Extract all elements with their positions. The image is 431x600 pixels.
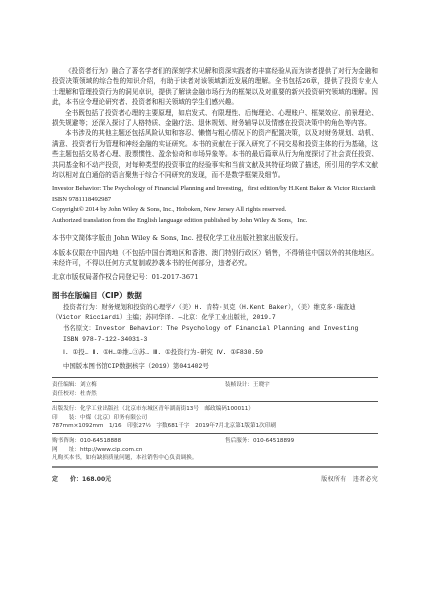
after-sales-hotline: 售后服务：010-64518899 xyxy=(225,437,294,445)
cip-original-title: 书名原文：Investor Behavior：The Psychology of… xyxy=(52,324,378,335)
registration-number: 北京市版权局著作权合同登记号：01-2017-3671 xyxy=(52,272,378,282)
copyright-page: 《投资者行为》融合了著名学者们的深刻学术见解和资深实践者的丰富经验从而为读者提供… xyxy=(52,66,378,483)
copyright-line: Copyright© 2014 by John Wiley & Sons, In… xyxy=(52,205,378,215)
original-edition-line: Investor Behavior: The Psychology of Fin… xyxy=(52,184,378,205)
replacement-notice: 凡购买本书，如有缺损质量问题，本社销售中心负责调换。 xyxy=(52,454,378,462)
responsible-editor: 责任编辑：刘立梅 xyxy=(52,381,225,389)
cip-isbn: ISBN 978-7-122-34031-3 xyxy=(52,335,378,346)
purchase-hotline: 购书咨询：010-64518888 xyxy=(52,437,225,445)
staff-row: 责任编辑：刘立梅 装帧设计：王晓宇 xyxy=(52,381,378,389)
footer-row: 定 价：168.00元 版权所有 违者必究 xyxy=(52,474,378,483)
contact-row: 购书咨询：010-64518888 售后服务：010-64518899 xyxy=(52,437,378,445)
proofreader: 责任校对：杜杏然 xyxy=(52,390,378,398)
intro-paragraph-1: 《投资者行为》融合了著名学者们的深刻学术见解和资深实践者的丰富经验从而为读者提供… xyxy=(52,66,378,108)
publisher-info: 出版发行：化学工业出版社（北京市东城区青年湖南街13号 邮政编码100011） xyxy=(52,405,378,413)
website: 网 址：http://www.cip.com.cn xyxy=(52,446,378,454)
cip-number: 中国版本图书馆CIP数据核字（2019）第041402号 xyxy=(52,362,378,373)
cip-title: 图书在版编目（CIP）数据 xyxy=(52,290,378,301)
price: 定 价：168.00元 xyxy=(52,474,111,483)
intro-paragraph-2: 全书既包括了投资者心理的主要原理，如启发式、有限理性、后悔理论、心理账户、框架效… xyxy=(52,108,378,129)
copyright-notice: 版权所有 违者必究 xyxy=(321,474,378,483)
cip-classification: Ⅰ. ①投… Ⅱ. ①H…②维…③苏… Ⅲ. ①投资行为-研究 Ⅳ. ①F830… xyxy=(52,348,378,359)
license-statement: 本书中文简体字版由 John Wiley & Sons, Inc. 授权化学工业… xyxy=(52,233,378,243)
intro-paragraph-3: 本书涉及的其他主题还包括风险认知和容忍、懒惰与粗心情况下的资产配置决策，以及对财… xyxy=(52,128,378,180)
cip-entry: 投资者行为：财务规划和投资的心理学/（美）H. 肯特·贝克（H.Kent Bak… xyxy=(52,303,378,324)
authorized-translation-line: Authorized translation from the English … xyxy=(52,216,378,226)
sales-restriction-statement: 本版本仅限在中国内地（不包括中国台湾地区和香港、澳门特别行政区）销售，不得销往中… xyxy=(52,248,378,269)
cover-designer: 装帧设计：王晓宇 xyxy=(225,381,270,389)
print-specs: 787mm×1092mm 1/16 印张27½ 字数681千字 2019年7月北… xyxy=(52,422,378,430)
printer-info: 印 装：中煤（北京）印务有限公司 xyxy=(52,414,378,422)
